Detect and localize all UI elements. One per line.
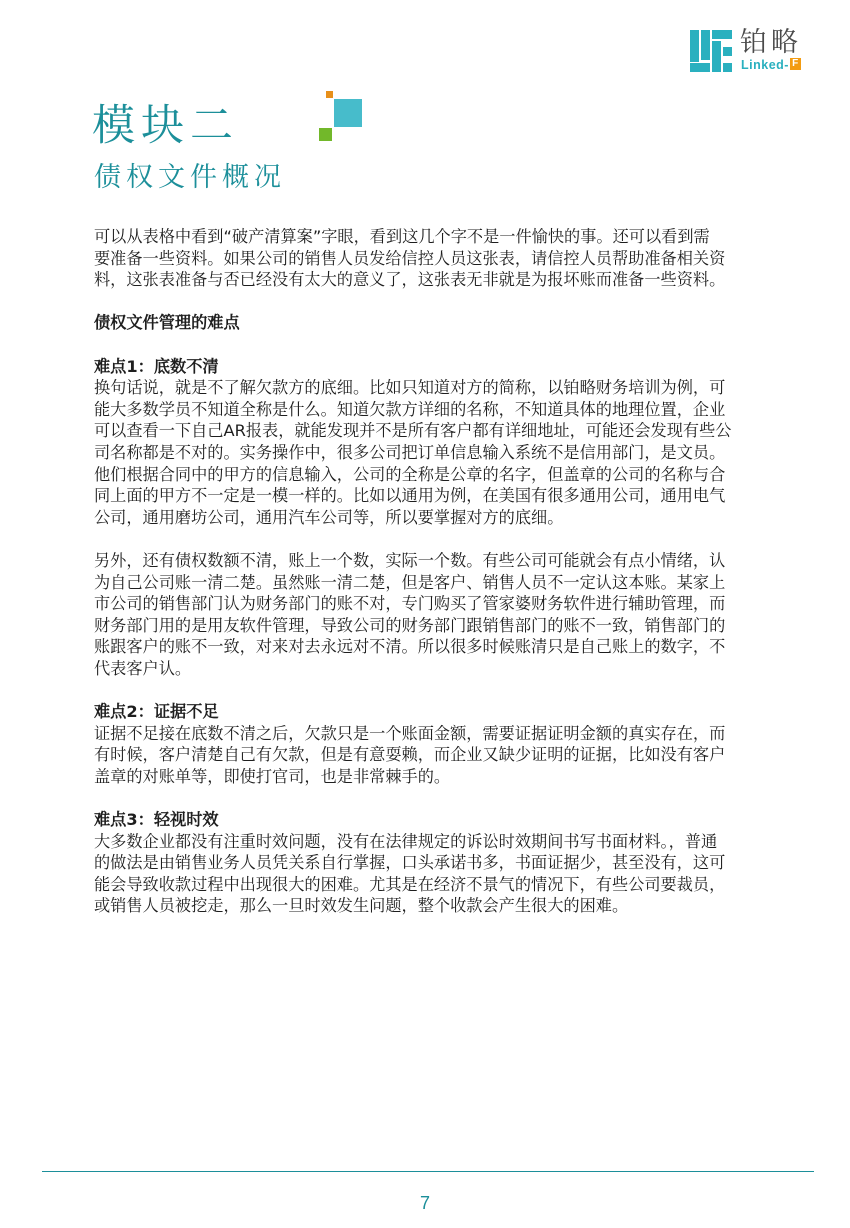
section-heading: 债权文件管理的难点: [94, 312, 784, 334]
intro-paragraph: 可以从表格中看到“破产清算案”字眼，看到这几个字不是一件愉快的事。还可以看到需 …: [94, 226, 784, 291]
difficulty-1-paragraph-2: 另外，还有债权数额不清，账上一个数，实际一个数。有些公司可能就会有点小情绪，认 …: [94, 550, 784, 680]
text-line: 为自己公司账一清二楚。虽然账一清二楚，但是客户、销售人员不一定认这本账。某家上: [94, 572, 784, 594]
text-line: 大多数企业都没有注重时效问题，没有在法律规定的诉讼时效期间书写书面材料。，普通: [94, 831, 784, 853]
text-line: 另外，还有债权数额不清，账上一个数，实际一个数。有些公司可能就会有点小情绪，认: [94, 550, 784, 572]
text-line: 代表客户认。: [94, 658, 784, 680]
text-line: 市公司的销售部门认为财务部门的账不对，专门购买了管家婆财务软件进行辅助管理，而: [94, 593, 784, 615]
text-line: 财务部门用的是用友软件管理，导致公司的财务部门跟销售部门的账不一致，销售部门的: [94, 615, 784, 637]
document-body: 可以从表格中看到“破产清算案”字眼，看到这几个字不是一件愉快的事。还可以看到需 …: [94, 226, 784, 917]
text-line: 的做法是由销售业务人员凭关系自行掌握，口头承诺书多，书面证据少，甚至没有，这可: [94, 852, 784, 874]
text-line: 或销售人员被挖走，那么一旦时效发生问题，整个收款会产生很大的困难。: [94, 895, 784, 917]
decorative-square-orange: [326, 91, 333, 98]
module-subtitle: 债权文件概况: [94, 160, 286, 196]
spacer: [94, 679, 784, 701]
difficulty-3-paragraph: 大多数企业都没有注重时效问题，没有在法律规定的诉讼时效期间书写书面材料。，普通 …: [94, 831, 784, 917]
module-title: 模块二: [92, 100, 239, 152]
spacer: [94, 528, 784, 550]
text-line: 要准备一些资料。如果公司的销售人员发给信控人员这张表，请信控人员帮助准备相关资: [94, 248, 784, 270]
difficulty-2-heading: 难点2：证据不足: [94, 701, 784, 723]
text-line: 证据不足接在底数不清之后，欠款只是一个账面金额，需要证据证明金额的真实存在，而: [94, 723, 784, 745]
spacer: [94, 787, 784, 809]
text-line: 有时候，客户清楚自己有欠款，但是有意耍赖，而企业又缺少证明的证据，比如没有客户: [94, 744, 784, 766]
difficulty-3-heading: 难点3：轻视时效: [94, 809, 784, 831]
text-line: 盖章的对账单等，即使打官司，也是非常棘手的。: [94, 766, 784, 788]
text-line: 账跟客户的账不一致，对来对去永远对不清。所以很多时候账清只是自己账上的数字，不: [94, 636, 784, 658]
text-line: 料，这张表准备与否已经没有太大的意义了，这张表无非就是为报坏账而准备一些资料。: [94, 269, 784, 291]
page-number: 7: [0, 1193, 850, 1214]
decorative-square-teal: [334, 99, 362, 127]
difficulty-2-paragraph: 证据不足接在底数不清之后，欠款只是一个账面金额，需要证据证明金额的真实存在，而 …: [94, 723, 784, 788]
text-line: 同上面的甲方不一定是一模一样的。比如以通用为例，在美国有很多通用公司，通用电气: [94, 485, 784, 507]
brand-name-en: Linked-F: [741, 58, 801, 72]
difficulty-1-paragraph-1: 换句话说，就是不了解欠款方的底细。比如只知道对方的简称，以铂略财务培训为例，可 …: [94, 377, 784, 528]
text-line: 公司，通用磨坊公司，通用汽车公司等，所以要掌握对方的底细。: [94, 507, 784, 529]
text-line: 司名称都是不对的。实务操作中，很多公司把订单信息输入系统不是信用部门，是文员。: [94, 442, 784, 464]
text-line: 他们根据合同中的甲方的信息输入，公司的全称是公章的名字，但盖章的公司的名称与合: [94, 464, 784, 486]
text-line: 可以从表格中看到“破产清算案”字眼，看到这几个字不是一件愉快的事。还可以看到需: [94, 226, 784, 248]
spacer: [94, 334, 784, 356]
difficulty-1-heading: 难点1：底数不清: [94, 356, 784, 378]
footer-divider: [42, 1171, 814, 1172]
text-line: 换句话说，就是不了解欠款方的底细。比如只知道对方的简称，以铂略财务培训为例，可: [94, 377, 784, 399]
text-line: 可以查看一下自己AR报表，就能发现并不是所有客户都有详细地址，可能还会发现有些公: [94, 420, 784, 442]
linked-f-logo-icon: [690, 30, 732, 72]
brand-name-cn: 铂略: [740, 28, 802, 58]
decorative-square-green: [319, 128, 332, 141]
text-line: 能会导致收款过程中出现很大的困难。尤其是在经济不景气的情况下，有些公司要裁员，: [94, 874, 784, 896]
brand-logo: 铂略 Linked-F: [690, 30, 820, 75]
text-line: 能大多数学员不知道全称是什么。知道欠款方详细的名称，不知道具体的地理位置，企业: [94, 399, 784, 421]
spacer: [94, 291, 784, 313]
brand-f-badge: F: [790, 58, 801, 70]
brand-name-en-text: Linked-: [741, 58, 789, 72]
